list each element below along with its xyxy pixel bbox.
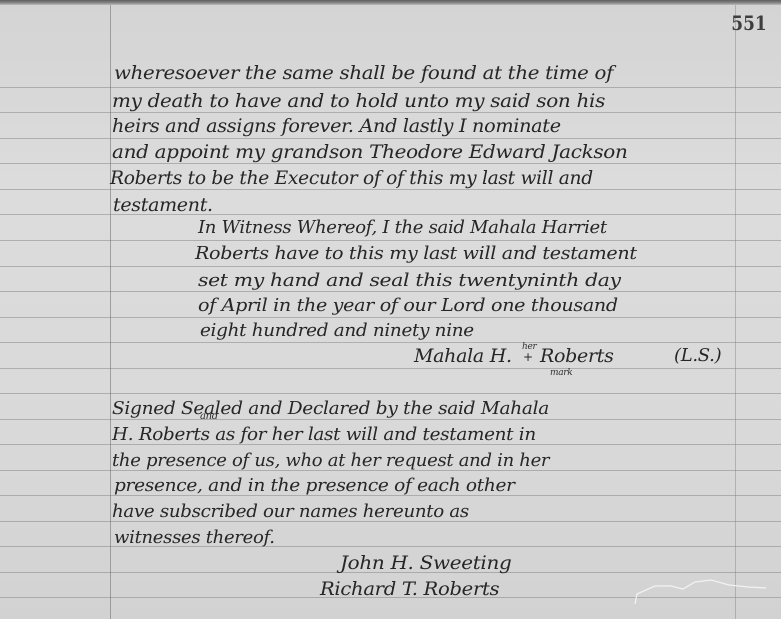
witness-signature: John H. Sweeting [340, 552, 511, 574]
attestation-line: witnesses thereof. [114, 527, 275, 548]
testator-name-last: Roberts [540, 345, 614, 367]
testimonium-line: set my hand and seal this twentyninth da… [198, 270, 621, 291]
testimonium-line: Roberts have to this my last will and te… [195, 243, 637, 264]
ruled-line [0, 112, 781, 113]
testimonium-line: of April in the year of our Lord one tho… [198, 295, 618, 316]
mark-cross: + [523, 350, 533, 364]
ledger-page: 551 wheresoever the same shall be found … [0, 0, 781, 619]
body-line: Roberts to be the Executor of of this my… [110, 167, 593, 189]
ruled-line [0, 87, 781, 88]
ruled-line [0, 291, 781, 292]
attestation-line: H. Roberts as for her last will and test… [112, 424, 536, 445]
body-line: testament. [113, 194, 213, 216]
body-line: wheresoever the same shall be found at t… [114, 62, 613, 84]
ruled-line [0, 393, 781, 394]
ruled-line [0, 317, 781, 318]
left-margin-line [110, 5, 111, 619]
body-line: heirs and assigns forever. And lastly I … [112, 115, 561, 137]
ruled-line [0, 368, 781, 369]
attestation-line: presence, and in the presence of each ot… [114, 475, 515, 496]
body-line: my death to have and to hold unto my sai… [112, 90, 605, 112]
witness-signature: Richard T. Roberts [320, 578, 499, 600]
ruled-line [0, 419, 781, 420]
attestation-line: the presence of us, who at her request a… [112, 450, 549, 471]
legal-seal: (L.S.) [674, 345, 721, 366]
ruled-line [0, 138, 781, 139]
ruled-line [0, 189, 781, 190]
ruled-line [0, 240, 781, 241]
ruled-line [0, 163, 781, 164]
testimonium-line: eight hundred and ninety nine [200, 320, 474, 341]
paper-crack [633, 578, 768, 606]
body-line: and appoint my grandson Theodore Edward … [112, 141, 628, 163]
right-margin-line [735, 5, 736, 619]
ruled-line [0, 266, 781, 267]
page-top-edge [0, 0, 781, 5]
testimonium-line: In Witness Whereof, I the said Mahala Ha… [198, 217, 607, 238]
attestation-line: have subscribed our names hereunto as [112, 501, 469, 522]
ruled-line [0, 342, 781, 343]
attestation-line: Signed Sealed and Declared by the said M… [112, 398, 549, 419]
testator-name-first: Mahala H. [414, 345, 512, 367]
page-number: 551 [732, 11, 767, 35]
mark-label: mark [550, 368, 572, 378]
